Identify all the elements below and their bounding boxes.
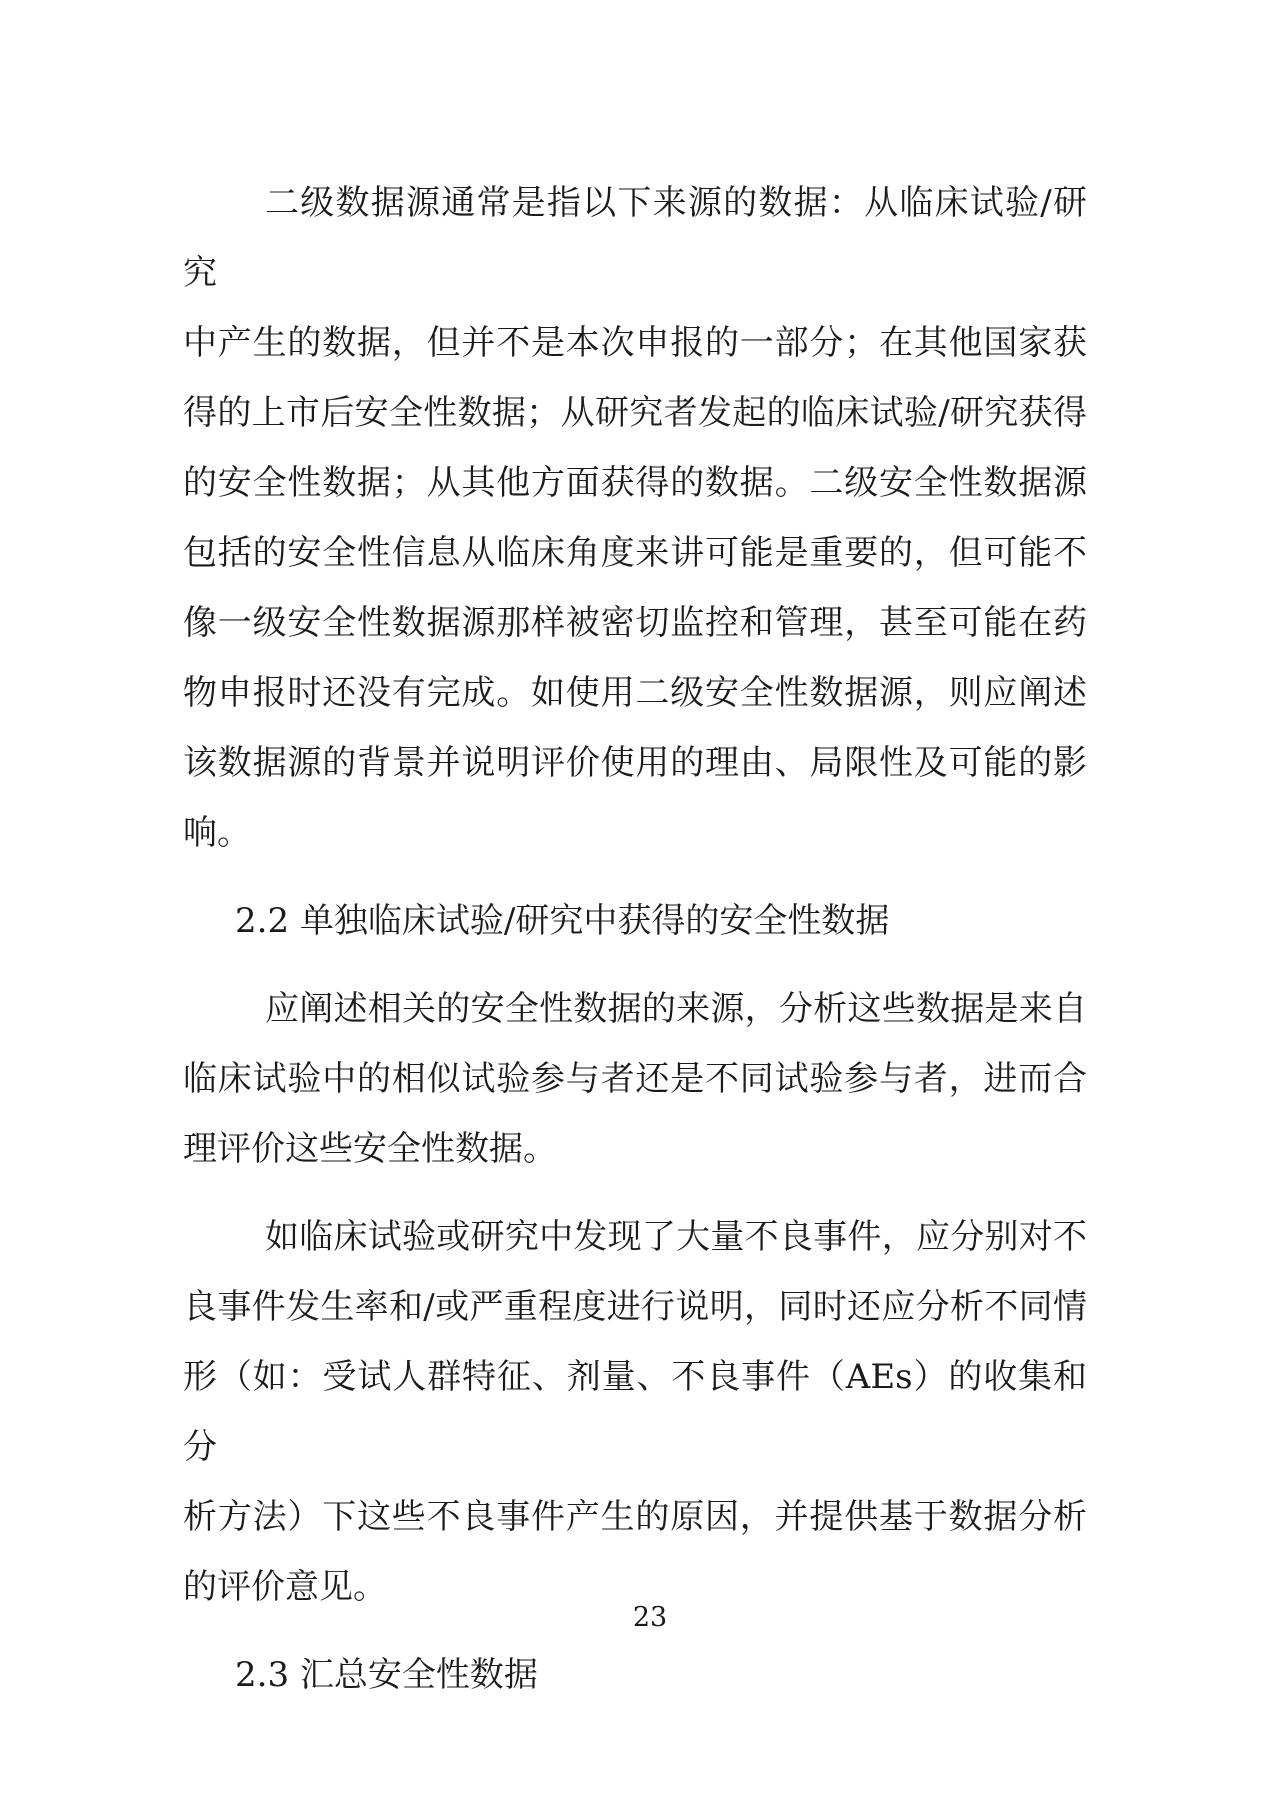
- text-line: 形（如：受试人群特征、剂量、不良事件（AEs）的收集和分: [183, 1342, 1087, 1482]
- text-line: 应阐述相关的安全性数据的来源，分析这些数据是来自: [183, 974, 1087, 1044]
- text-line: 响。: [183, 798, 1087, 868]
- page-number: 23: [633, 1602, 667, 1634]
- text-line: 二级数据源通常是指以下来源的数据：从临床试验/研究: [183, 168, 1087, 308]
- section-heading-2-3: 2.3 汇总安全性数据: [183, 1640, 1087, 1710]
- text-line: 得的上市后安全性数据；从研究者发起的临床试验/研究获得: [183, 378, 1087, 448]
- text-line: 物申报时还没有完成。如使用二级安全性数据源，则应阐述: [183, 658, 1087, 728]
- paragraph-adverse-events-analysis: 如临床试验或研究中发现了大量不良事件，应分别对不 良事件发生率和/或严重程度进行…: [183, 1202, 1087, 1622]
- text-line: 包括的安全性信息从临床角度来讲可能是重要的，但可能不: [183, 518, 1087, 588]
- document-page: 二级数据源通常是指以下来源的数据：从临床试验/研究 中产生的数据，但并不是本次申…: [0, 0, 1280, 1810]
- text-line: 的安全性数据；从其他方面获得的数据。二级安全性数据源: [183, 448, 1087, 518]
- paragraph-secondary-data-sources: 二级数据源通常是指以下来源的数据：从临床试验/研究 中产生的数据，但并不是本次申…: [183, 168, 1087, 868]
- text-line: 像一级安全性数据源那样被密切监控和管理，甚至可能在药: [183, 588, 1087, 658]
- text-line: 析方法）下这些不良事件产生的原因，并提供基于数据分析: [183, 1482, 1087, 1552]
- text-line: 该数据源的背景并说明评价使用的理由、局限性及可能的影: [183, 728, 1087, 798]
- paragraph-individual-trial-safety-data: 应阐述相关的安全性数据的来源，分析这些数据是来自 临床试验中的相似试验参与者还是…: [183, 974, 1087, 1184]
- section-heading-2-2: 2.2 单独临床试验/研究中获得的安全性数据: [183, 886, 1087, 956]
- text-line: 中产生的数据，但并不是本次申报的一部分；在其他国家获: [183, 308, 1087, 378]
- text-line: 如临床试验或研究中发现了大量不良事件，应分别对不: [183, 1202, 1087, 1272]
- page-content: 二级数据源通常是指以下来源的数据：从临床试验/研究 中产生的数据，但并不是本次申…: [183, 168, 1087, 1710]
- text-line: 良事件发生率和/或严重程度进行说明，同时还应分析不同情: [183, 1272, 1087, 1342]
- text-line: 临床试验中的相似试验参与者还是不同试验参与者，进而合: [183, 1044, 1087, 1114]
- text-line: 理评价这些安全性数据。: [183, 1114, 1087, 1184]
